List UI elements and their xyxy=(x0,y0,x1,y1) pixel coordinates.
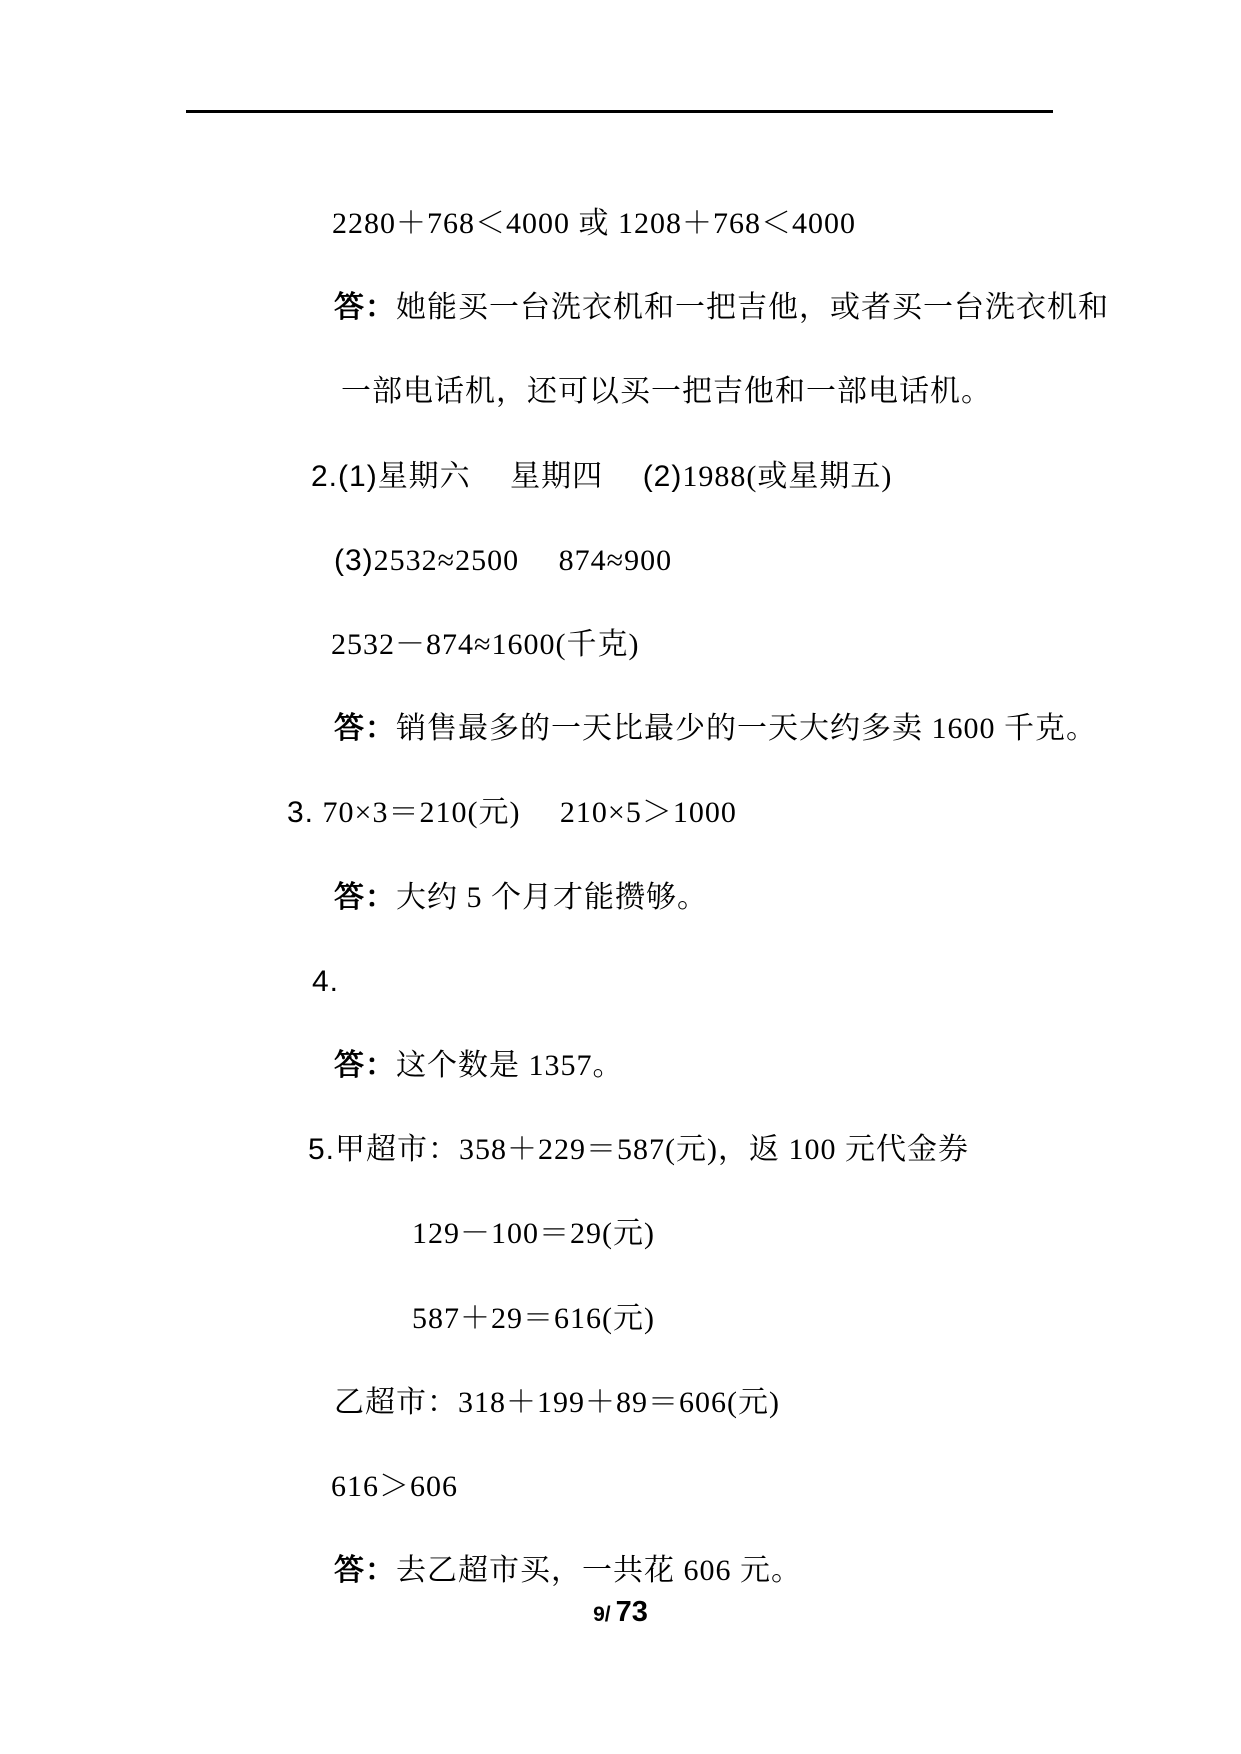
header-rule xyxy=(186,110,1053,113)
text-run: 2280＋768＜4000 或 1208＋768＜4000 xyxy=(332,207,856,240)
text-run: 她能买一台洗衣机和一把吉他，或者买一台洗衣机和 xyxy=(396,291,1109,324)
answer-label: 答： xyxy=(334,291,396,324)
text-run: 2532≈2500 874≈900 xyxy=(374,544,672,577)
text-run: 1988(或星期五) xyxy=(682,460,892,493)
page-footer: 9/73 xyxy=(0,1596,1241,1629)
document-line: 答：大约 5 个月才能攒够。 xyxy=(300,835,708,961)
answer-label: 答： xyxy=(334,1554,396,1587)
item-number: (2) xyxy=(643,460,683,493)
text-run: 129－100＝29(元) xyxy=(412,1217,655,1250)
text-run: 乙超市：318＋199＋89＝606(元) xyxy=(334,1386,780,1419)
item-number: 5. xyxy=(308,1133,335,1166)
page-number-current: 9/ xyxy=(593,1603,611,1626)
text-run: 这个数是 1357。 xyxy=(396,1049,624,1082)
text-run: 616＞606 xyxy=(331,1470,458,1503)
text-run: 甲超市：358＋229＝587(元)，返 100 元代金券 xyxy=(335,1133,969,1166)
text-run: 一部电话机，还可以买一把吉他和一部电话机。 xyxy=(341,375,992,408)
answer-label: 答： xyxy=(334,1049,396,1082)
answer-label: 答： xyxy=(334,881,396,914)
text-run: 587＋29＝616(元) xyxy=(412,1302,655,1335)
page-number-total: 73 xyxy=(616,1596,648,1628)
text-run: 星期六 星期四 xyxy=(378,460,643,493)
item-number: 2.(1) xyxy=(311,460,378,493)
item-number: (3) xyxy=(334,544,374,577)
text-run: 2532－874≈1600(千克) xyxy=(331,628,639,661)
answer-label: 答： xyxy=(334,712,396,745)
text-run: 70×3＝210(元) 210×5＞1000 xyxy=(314,796,737,829)
text-run: 去乙超市买，一共花 606 元。 xyxy=(396,1554,802,1587)
text-run: 大约 5 个月才能攒够。 xyxy=(396,881,708,914)
text-run: 销售最多的一天比最少的一天大约多卖 1600 千克。 xyxy=(396,712,1097,745)
item-number: 4. xyxy=(312,965,339,998)
item-number: 3. xyxy=(287,796,314,829)
document-page: 2280＋768＜4000 或 1208＋768＜4000 答：她能买一台洗衣机… xyxy=(0,0,1241,1754)
